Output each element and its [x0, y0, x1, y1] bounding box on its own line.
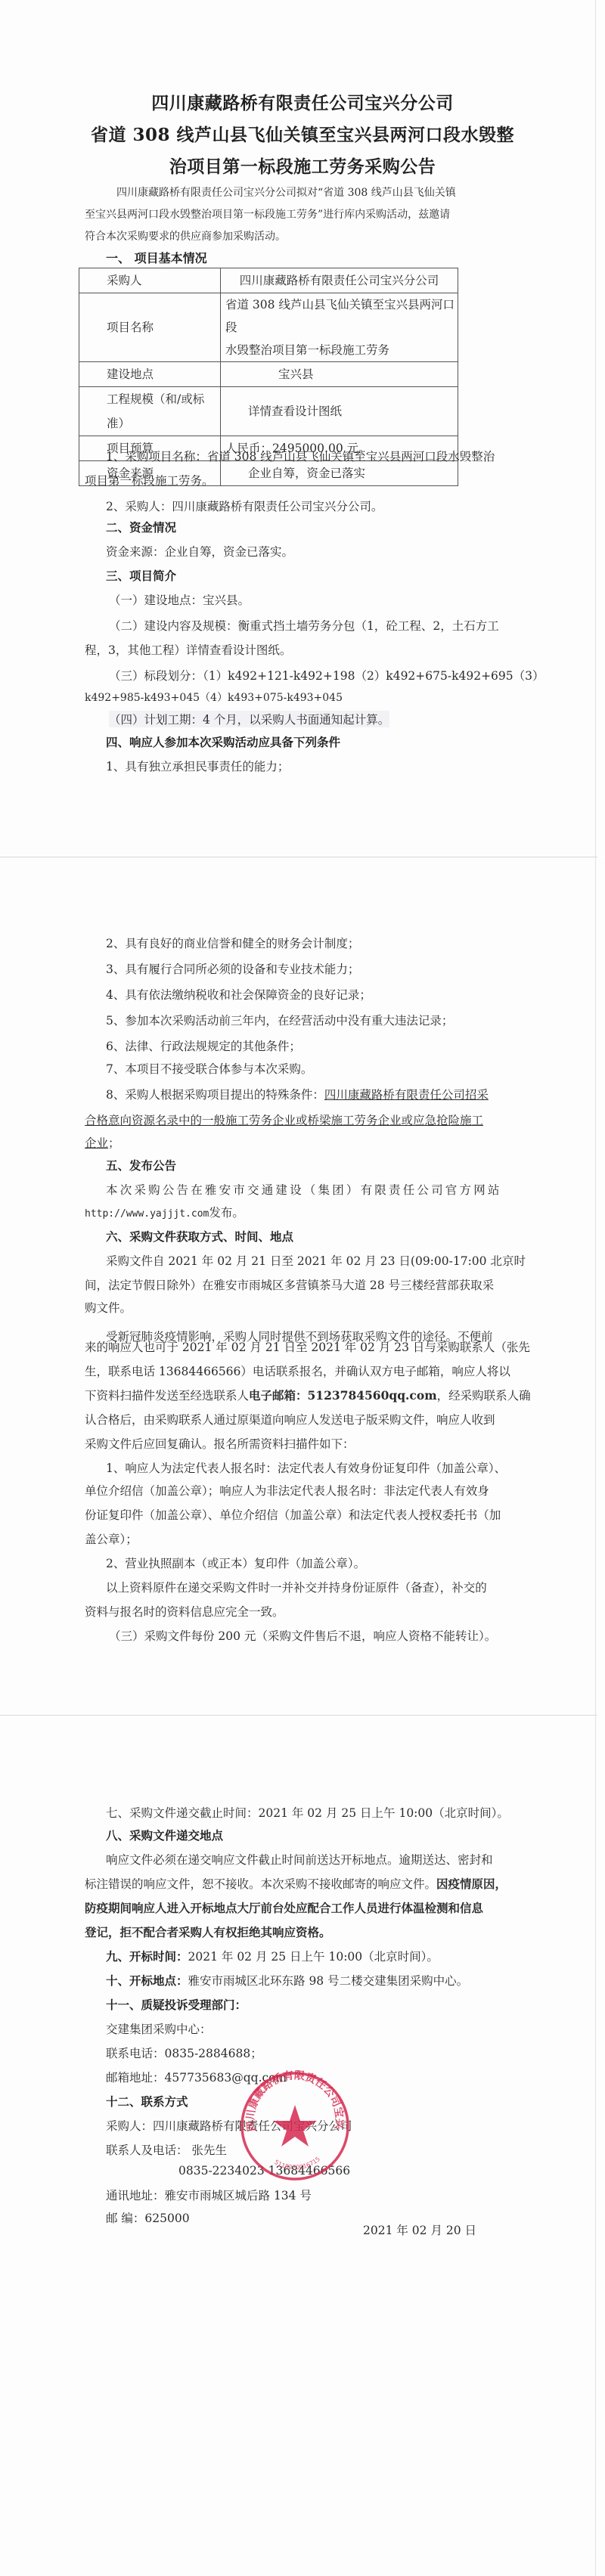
- table-value-line: 水毁整治项目第一标段施工劳务: [225, 339, 458, 361]
- text-span: 下资料扫描件发送至经选联系人: [85, 1389, 249, 1403]
- paragraph: （四）计划工期：4 个月，以采购人书面通知起计算。: [109, 711, 389, 727]
- requirement-item: 盖公章）；: [85, 1530, 138, 1547]
- paragraph: 资金来源：企业自筹，资金已落实。: [106, 543, 293, 560]
- paragraph: 认合格后，由采购联系人通过原渠道向响应人发送电子版采购文件，响应人收到: [85, 1411, 495, 1427]
- paragraph: 来的响应人也可于 2021 年 02 月 21 日至 2021 年 02 月 2…: [85, 1338, 530, 1355]
- document-date: 2021 年 02 月 20 日: [363, 2221, 476, 2238]
- section-heading: 四、响应人参加本次采购活动应具备下列条件: [106, 733, 340, 750]
- complaint-phone: 联系电话：0835-2884688；: [106, 2044, 262, 2061]
- section-heading: 十二、联系方式: [106, 2093, 188, 2109]
- page-edge: [595, 0, 596, 2576]
- seal-code: 5118270016715: [273, 2156, 321, 2171]
- table-row: 工程规模（和/或标准） 详情查看设计图纸: [79, 387, 458, 436]
- contact-postcode: 邮 编：625000: [106, 2209, 190, 2226]
- special-condition-text: 四川康藏路桥有限责任公司招采: [324, 1088, 489, 1102]
- document-title-line-1: 四川康藏路桥有限责任公司宝兴分公司: [0, 89, 605, 114]
- table-row: 建设地点 宝兴县: [79, 362, 458, 387]
- email-address[interactable]: 电子邮箱：5123784560qq.com: [249, 1388, 437, 1403]
- section-label: 九、开标时间：: [106, 1949, 188, 1964]
- paragraph: （三）标段划分：（1）k492+121-k492+198（2）k492+675-…: [109, 667, 544, 684]
- section-heading: 八、采购文件递交地点: [106, 1827, 223, 1843]
- complaint-dept: 交建集团采购中心：: [106, 2020, 212, 2037]
- condition-item: 3、具有履行合同所必须的设备和专业技术能力；: [106, 960, 359, 977]
- special-condition: 8、采购人根据采购项目提出的特殊条件：四川康藏路桥有限责任公司招采: [106, 1086, 489, 1102]
- table-row: 项目名称 省道 308 线芦山县飞仙关镇至宝兴县两河口段 水毁整治项目第一标段施…: [79, 293, 458, 362]
- condition-item: 1、具有独立承担民事责任的能力；: [106, 758, 289, 774]
- item-line: 2、采购人：四川康藏路桥有限责任公司宝兴分公司。: [106, 498, 383, 514]
- section-heading: 六、采购文件获取方式、时间、地点: [106, 1228, 293, 1245]
- opening-time: 九、开标时间：2021 年 02 月 25 日上午 10:00（北京时间）。: [106, 1948, 439, 1964]
- special-condition-end: 企业；: [85, 1134, 120, 1151]
- paragraph: 标注错误的响应文件，恕不接收。本次采购不接收邮寄的响应文件。因疫情原因，: [85, 1875, 507, 1892]
- paragraph: 下资料扫描件发送至经选联系人电子邮箱：5123784560qq.com，经采购联…: [85, 1387, 531, 1403]
- requirement-item: 份证复印件（加盖公章）、单位介绍信（加盖公章）和法定代表人授权委托书（加: [85, 1506, 501, 1523]
- paragraph: 采购文件后应回复确认。报名所需资料扫描件如下：: [85, 1435, 355, 1452]
- table-label: 工程规模（和/或标准）: [79, 387, 221, 436]
- section-heading: 三、项目简介: [106, 567, 176, 584]
- table-label: 建设地点: [79, 362, 221, 387]
- paragraph: 本次采购公告在雅安市交通建设（集团）有限责任公司官方网站: [106, 1181, 502, 1198]
- table-value: 企业自筹，资金已落实: [221, 461, 458, 486]
- table-value: 四川康藏路桥有限责任公司宝兴分公司: [221, 268, 458, 293]
- paragraph: 响应文件必须在递交响应文件截止时间前送达开标地点。逾期送达、密封和: [106, 1851, 493, 1868]
- paragraph: 程，3，其他工程）详情查看设计图纸。: [85, 641, 291, 658]
- condition-item: 5、参加本次采购活动前三年内，在经营活动中没有重大违法记录；: [106, 1012, 453, 1028]
- table-label: 采购人: [79, 268, 221, 293]
- table-row: 采购人 四川康藏路桥有限责任公司宝兴分公司: [79, 268, 458, 293]
- requirement-item: 1、响应人为法定代表人报名时：法定代表人有效身份证复印件（加盖公章）、: [106, 1459, 506, 1476]
- paragraph: （一）建设地点：宝兴县。: [109, 591, 250, 608]
- paragraph: k492+985-k493+045（4）k493+075-k493+045: [85, 690, 343, 705]
- paragraph: 购文件。: [85, 1299, 132, 1316]
- section-value: 雅安市雨城区北环东路 98 号二楼交建集团采购中心。: [188, 1974, 469, 1988]
- text-span: 因疫情原因，: [436, 1877, 507, 1891]
- contact-address: 通讯地址：雅安市雨城区城后路 134 号: [106, 2187, 312, 2203]
- table-label: 项目名称: [79, 293, 221, 362]
- condition-item: 4、具有依法缴纳税收和社会保障资金的良好记录；: [106, 986, 371, 1003]
- paragraph: （二）建设内容及规模：衡重式挡土墙劳务分包（1，砼工程、2，土石方工: [109, 617, 499, 634]
- item-line: 项目第一标段施工劳务。: [85, 472, 214, 488]
- condition-item: 7、本项目不接受联合体参与本次采购。: [106, 1060, 312, 1077]
- publish-tail: 发布。: [209, 1206, 244, 1220]
- paragraph: 资料与报名时的资料信息应完全一致。: [85, 1603, 284, 1620]
- paragraph: 以上资料原件在递交采购文件时一并补交并持身份证原件（备查），补交的: [106, 1579, 487, 1595]
- paragraph: 采购文件自 2021 年 02 月 21 日至 2021 年 02 月 23 日…: [106, 1252, 526, 1269]
- contact-person: 联系人及电话： 张先生: [106, 2141, 227, 2158]
- section-heading: 二、资金情况: [106, 519, 176, 535]
- requirement-item: 单位介绍信（加盖公章）；响应人为非法定代表人报名时：非法定代表人有效身: [85, 1482, 489, 1499]
- svg-text:5118270016715: 5118270016715: [273, 2156, 321, 2171]
- intro-line: 符合本次采购要求的供应商参加采购活动。: [85, 228, 286, 243]
- special-condition-text: 合格意向资源名录中的一般施工劳务企业或桥梁施工劳务企业或应急抢险施工: [85, 1111, 483, 1128]
- section-heading: 一、 项目基本情况: [106, 249, 207, 266]
- section-heading: 五、发布公告: [106, 1157, 176, 1173]
- table-value: 宝兴县: [221, 362, 458, 387]
- special-condition-prefix: 8、采购人根据采购项目提出的特殊条件：: [106, 1088, 324, 1102]
- special-condition-text: 企业: [85, 1136, 108, 1150]
- text-span: 标注错误的响应文件，恕不接收。本次采购不接收邮寄的响应文件。: [85, 1877, 436, 1891]
- submission-deadline: 七、采购文件递交截止时间：2021 年 02 月 25 日上午 10:00（北京…: [106, 1804, 509, 1821]
- paragraph: 登记，拒不配合者采购人有权拒绝其响应资格。: [85, 1923, 331, 1940]
- item-line: 1、采购项目名称：省道 308 线芦山县飞仙关镇至宝兴县两河口段水毁整治: [106, 448, 495, 464]
- condition-item: 2、具有良好的商业信誉和健全的财务会计制度；: [106, 935, 359, 951]
- paragraph: 间，法定节假日除外）在雅安市雨城区多营镇茶马大道 28 号三楼经营部获取采: [85, 1276, 494, 1293]
- table-value-line: 省道 308 线芦山县飞仙关镇至宝兴县两河口段: [225, 293, 458, 339]
- section-value: 2021 年 02 月 25 日上午 10:00（北京时间）。: [188, 1950, 439, 1964]
- publish-line: http://www.yajjjt.com发布。: [85, 1204, 244, 1220]
- intro-line: 四川康藏路桥有限责任公司宝兴分公司拟对“省道 308 线芦山县飞仙关镇: [116, 184, 456, 200]
- intro-line: 至宝兴县两河口段水毁整治项目第一标段施工劳务”进行库内采购活动，兹邀请: [85, 206, 450, 222]
- paragraph: 防疫期间响应人进入开标地点大厅前台处应配合工作人员进行体温检测和信息: [85, 1899, 483, 1916]
- table-value: 详情查看设计图纸: [221, 387, 458, 436]
- website-link[interactable]: http://www.yajjjt.com: [85, 1208, 209, 1220]
- section-label: 十、开标地点：: [106, 1973, 188, 1988]
- punctuation: ；: [108, 1136, 120, 1150]
- opening-location: 十、开标地点：雅安市雨城区北环东路 98 号二楼交建集团采购中心。: [106, 1972, 468, 1989]
- paragraph: （三）采购文件每份 200 元（采购文件售后不退，响应人资格不能转让）。: [109, 1627, 496, 1644]
- paragraph: 生，联系电话 13684466566）电话联系报名，并确认双方电子邮箱，响应人将…: [85, 1362, 510, 1379]
- company-seal-icon: 四川康藏路桥有限责任公司宝兴分公司 5118270016715: [239, 2070, 351, 2182]
- requirement-item: 2、营业执照副本（或正本）复印件（加盖公章）。: [106, 1555, 365, 1571]
- document-title-line-3: 治项目第一标段施工劳务采购公告: [0, 153, 605, 178]
- condition-item: 6、法律、行政法规规定的其他条件；: [106, 1037, 301, 1054]
- section-heading: 十一、质疑投诉受理部门：: [106, 1996, 247, 2013]
- text-span: ，经采购联系人确: [437, 1389, 531, 1403]
- table-value: 省道 308 线芦山县飞仙关镇至宝兴县两河口段 水毁整治项目第一标段施工劳务: [221, 293, 458, 362]
- document-title-line-2: 省道 308 线芦山县飞仙关镇至宝兴县两河口段水毁整: [0, 121, 605, 146]
